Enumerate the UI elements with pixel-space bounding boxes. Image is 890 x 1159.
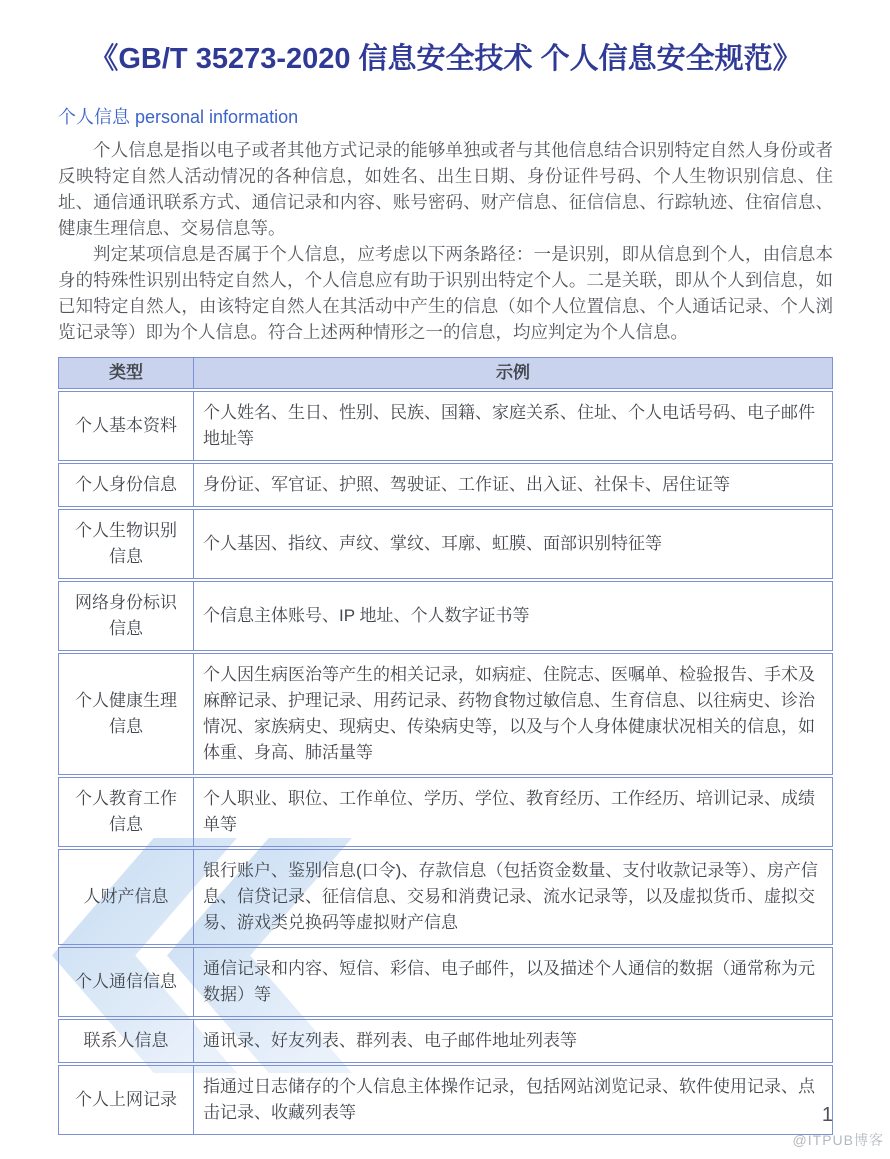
- type-cell: 个人健康生理信息: [58, 653, 194, 775]
- examples-cell: 指通过日志储存的个人信息主体操作记录，包括网站浏览记录、软件使用记录、点击记录、…: [194, 1065, 833, 1135]
- personal-info-types-table: 类型 示例 个人基本资料个人姓名、生日、性别、民族、国籍、家庭关系、住址、个人电…: [58, 355, 833, 1137]
- section-heading: 个人信息 personal information: [58, 103, 833, 129]
- paragraph-definition: 个人信息是指以电子或者其他方式记录的能够单独或者与其他信息结合识别特定自然人身份…: [58, 137, 833, 241]
- examples-cell: 银行账户、鉴别信息(口令)、存款信息（包括资金数量、支付收款记录等）、房产信息、…: [194, 849, 833, 945]
- document-page: 《GB/T 35273-2020 信息安全技术 个人信息安全规范》 个人信息 p…: [0, 0, 890, 1137]
- examples-cell: 通讯录、好友列表、群列表、电子邮件地址列表等: [194, 1019, 833, 1063]
- itpub-watermark: @ITPUB博客: [793, 1130, 884, 1150]
- type-cell: 个人上网记录: [58, 1065, 194, 1135]
- table-row: 个人生物识别信息个人基因、指纹、声纹、掌纹、耳廓、虹膜、面部识别特征等: [58, 509, 833, 579]
- table-row: 个人教育工作信息个人职业、职位、工作单位、学历、学位、教育经历、工作经历、培训记…: [58, 777, 833, 847]
- table-header-row: 类型 示例: [58, 357, 833, 389]
- type-cell: 网络身份标识信息: [58, 581, 194, 651]
- table-row: 联系人信息通讯录、好友列表、群列表、电子邮件地址列表等: [58, 1019, 833, 1063]
- type-cell: 个人通信信息: [58, 947, 194, 1017]
- page-number: 1: [822, 1104, 833, 1127]
- examples-cell: 个人基因、指纹、声纹、掌纹、耳廓、虹膜、面部识别特征等: [194, 509, 833, 579]
- examples-cell: 个人姓名、生日、性别、民族、国籍、家庭关系、住址、个人电话号码、电子邮件地址等: [194, 391, 833, 461]
- table-row: 个人通信信息通信记录和内容、短信、彩信、电子邮件，以及描述个人通信的数据（通常称…: [58, 947, 833, 1017]
- table-row: 个人健康生理信息个人因生病医治等产生的相关记录，如病症、住院志、医嘱单、检验报告…: [58, 653, 833, 775]
- table-row: 人财产信息银行账户、鉴别信息(口令)、存款信息（包括资金数量、支付收款记录等）、…: [58, 849, 833, 945]
- type-cell: 个人教育工作信息: [58, 777, 194, 847]
- page-title: 《GB/T 35273-2020 信息安全技术 个人信息安全规范》: [58, 36, 833, 77]
- table-row: 个人基本资料个人姓名、生日、性别、民族、国籍、家庭关系、住址、个人电话号码、电子…: [58, 391, 833, 461]
- column-header-examples: 示例: [194, 357, 833, 389]
- examples-cell: 通信记录和内容、短信、彩信、电子邮件，以及描述个人通信的数据（通常称为元数据）等: [194, 947, 833, 1017]
- paragraph-judgment-paths: 判定某项信息是否属于个人信息，应考虑以下两条路径：一是识别，即从信息到个人，由信…: [58, 241, 833, 345]
- type-cell: 个人生物识别信息: [58, 509, 194, 579]
- type-cell: 个人基本资料: [58, 391, 194, 461]
- examples-cell: 个信息主体账号、IP 地址、个人数字证书等: [194, 581, 833, 651]
- type-cell: 联系人信息: [58, 1019, 194, 1063]
- examples-cell: 身份证、军官证、护照、驾驶证、工作证、出入证、社保卡、居住证等: [194, 463, 833, 507]
- type-cell: 个人身份信息: [58, 463, 194, 507]
- table-row: 网络身份标识信息个信息主体账号、IP 地址、个人数字证书等: [58, 581, 833, 651]
- examples-cell: 个人因生病医治等产生的相关记录，如病症、住院志、医嘱单、检验报告、手术及麻醉记录…: [194, 653, 833, 775]
- examples-cell: 个人职业、职位、工作单位、学历、学位、教育经历、工作经历、培训记录、成绩单等: [194, 777, 833, 847]
- type-cell: 人财产信息: [58, 849, 194, 945]
- table-row: 个人身份信息身份证、军官证、护照、驾驶证、工作证、出入证、社保卡、居住证等: [58, 463, 833, 507]
- table-row: 个人上网记录指通过日志储存的个人信息主体操作记录，包括网站浏览记录、软件使用记录…: [58, 1065, 833, 1135]
- column-header-type: 类型: [58, 357, 194, 389]
